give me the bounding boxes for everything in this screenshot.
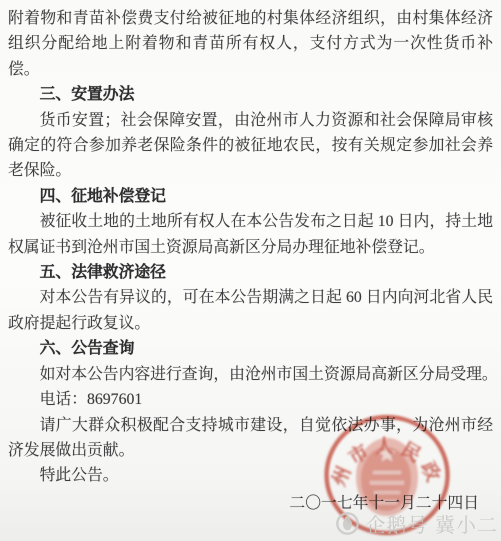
heading-section-3-resettlement: 三、安置办法 <box>8 82 493 107</box>
heading-section-5-legal-remedy: 五、法律救济途径 <box>8 260 493 285</box>
paragraph-inquiry-details: 如对本公告内容进行查询，由沧州市国土资源局高新区分局受理。 <box>8 362 493 387</box>
announcement-page: 附着物和青苗补偿费支付给被征地的村集体经济组织，由村集体经济组织分配给地上附着物… <box>0 0 501 541</box>
paragraph-registration-details: 被征收土地的土地所有权人在本公告发布之日起 10 日内，持土地权属证书到沧州市国… <box>8 209 493 260</box>
heading-section-6-inquiry: 六、公告查询 <box>8 336 493 361</box>
date-line: 二〇一七年十一月二十四日 <box>8 491 493 516</box>
paragraph-phone-number: 电话：8697601 <box>8 387 493 412</box>
paragraph-compensation-payment: 附着物和青苗补偿费支付给被征地的村集体经济组织，由村集体经济组织分配给地上附着物… <box>8 6 493 82</box>
heading-section-4-registration: 四、征地补偿登记 <box>8 184 493 209</box>
announcement-body: 附着物和青苗补偿费支付给被征地的村集体经济组织，由村集体经济组织分配给地上附着物… <box>0 0 501 516</box>
paragraph-legal-remedy-details: 对本公告有异议的，可在本公告期满之日起 60 日内向河北省人民政府提起行政复议。 <box>8 285 493 336</box>
paragraph-resettlement-method: 货币安置；社会保障安置，由沧州市人力资源和社会保障局审核确定的符合参加养老保险条… <box>8 108 493 184</box>
paragraph-hereby-announced: 特此公告。 <box>8 463 493 488</box>
paragraph-public-appeal: 请广大群众积极配合支持城市建设，自觉依法办事，为沧州市经济发展做出贡献。 <box>8 413 493 464</box>
